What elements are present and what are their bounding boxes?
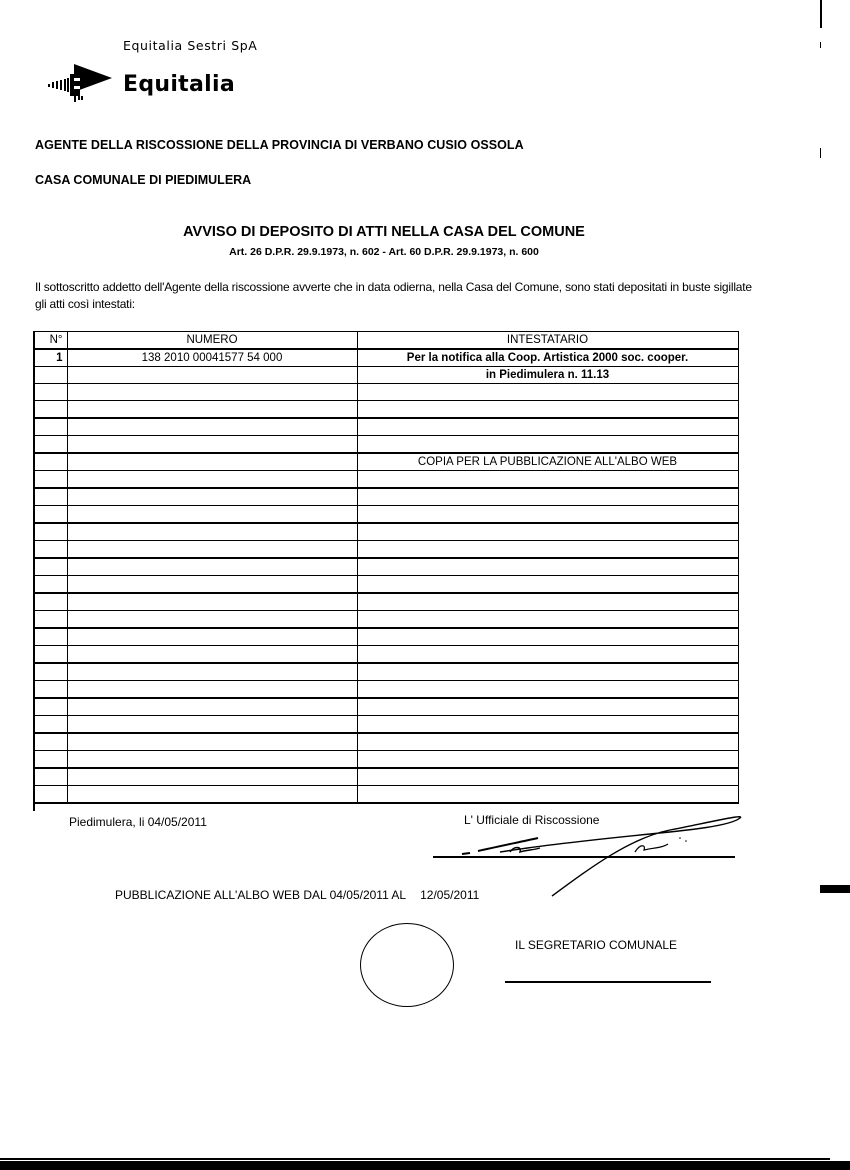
row-number xyxy=(34,401,67,419)
row-number xyxy=(34,751,67,769)
row-intestatario xyxy=(357,663,738,681)
row-numero xyxy=(67,541,357,559)
row-number xyxy=(34,646,67,664)
row-numero xyxy=(67,488,357,506)
table-row xyxy=(34,628,738,646)
row-number xyxy=(34,786,67,804)
table-row xyxy=(34,401,738,419)
row-intestatario xyxy=(357,751,738,769)
scan-edge-mark xyxy=(820,885,850,893)
row-numero xyxy=(67,576,357,594)
row-number xyxy=(34,384,67,401)
table-row xyxy=(34,786,738,804)
table-row xyxy=(34,576,738,594)
signature-icon xyxy=(430,808,760,908)
row-intestatario xyxy=(357,401,738,419)
table-row xyxy=(34,593,738,611)
row-numero xyxy=(67,628,357,646)
row-numero xyxy=(67,401,357,419)
row-numero xyxy=(67,611,357,629)
table-row xyxy=(34,436,738,454)
table-row xyxy=(34,506,738,524)
row-number xyxy=(34,558,67,576)
row-number xyxy=(34,681,67,699)
row-number xyxy=(34,453,67,471)
row-intestatario xyxy=(357,628,738,646)
row-intestatario: Per la notifica alla Coop. Artistica 200… xyxy=(357,349,738,367)
scan-edge-mark xyxy=(820,0,822,28)
row-intestatario xyxy=(357,384,738,401)
row-intestatario xyxy=(357,541,738,559)
row-numero xyxy=(67,523,357,541)
equitalia-logo-icon xyxy=(44,62,114,106)
publication-label: PUBBLICAZIONE ALL'ALBO WEB DAL 04/05/201… xyxy=(115,888,406,902)
row-numero xyxy=(67,716,357,734)
table-left-border-tail xyxy=(33,795,35,811)
row-number xyxy=(34,523,67,541)
row-number xyxy=(34,506,67,524)
legal-reference: Art. 26 D.P.R. 29.9.1973, n. 602 - Art. … xyxy=(0,246,768,258)
table-row xyxy=(34,384,738,401)
secretary-label: IL SEGRETARIO COMUNALE xyxy=(515,938,677,952)
row-numero xyxy=(67,506,357,524)
header-number: N° xyxy=(34,332,67,350)
scan-edge-mark xyxy=(820,148,821,158)
casa-comunale-heading: CASA COMUNALE DI PIEDIMULERA xyxy=(35,173,251,187)
row-number xyxy=(34,663,67,681)
table-row xyxy=(34,733,738,751)
row-numero xyxy=(67,418,357,436)
table-row xyxy=(34,751,738,769)
row-intestatario xyxy=(357,698,738,716)
row-number xyxy=(34,436,67,454)
row-number xyxy=(34,611,67,629)
agent-heading: AGENTE DELLA RISCOSSIONE DELLA PROVINCIA… xyxy=(35,138,524,152)
row-intestatario xyxy=(357,786,738,804)
row-intestatario: COPIA PER LA PUBBLICAZIONE ALL'ALBO WEB xyxy=(357,453,738,471)
secretary-signature-line xyxy=(505,981,711,983)
row-numero xyxy=(67,436,357,454)
row-intestatario xyxy=(357,558,738,576)
row-numero xyxy=(67,367,357,384)
row-number xyxy=(34,593,67,611)
table-row xyxy=(34,418,738,436)
row-intestatario xyxy=(357,576,738,594)
row-intestatario xyxy=(357,593,738,611)
document-title: AVVISO DI DEPOSITO DI ATTI NELLA CASA DE… xyxy=(0,224,768,240)
row-number xyxy=(34,488,67,506)
row-numero xyxy=(67,471,357,489)
row-number xyxy=(34,716,67,734)
scan-edge-mark xyxy=(820,42,821,48)
row-number xyxy=(34,471,67,489)
row-numero xyxy=(67,593,357,611)
table-row xyxy=(34,558,738,576)
row-intestatario xyxy=(357,733,738,751)
row-numero xyxy=(67,663,357,681)
table-row: 1138 2010 00041577 54 000Per la notifica… xyxy=(34,349,738,367)
table-row xyxy=(34,646,738,664)
company-name: Equitalia Sestri SpA xyxy=(123,38,257,53)
deposited-acts-table: N° NUMERO INTESTATARIO 1138 2010 0004157… xyxy=(33,331,735,804)
place-and-date: Piedimulera, li 04/05/2011 xyxy=(69,815,207,829)
row-intestatario xyxy=(357,768,738,786)
row-numero xyxy=(67,786,357,804)
table-row xyxy=(34,611,738,629)
row-number xyxy=(34,768,67,786)
row-numero xyxy=(67,751,357,769)
row-numero xyxy=(67,384,357,401)
row-intestatario xyxy=(357,681,738,699)
row-number: 1 xyxy=(34,349,67,367)
table-row xyxy=(34,698,738,716)
table-row xyxy=(34,681,738,699)
scan-bottom-edge xyxy=(0,1161,850,1170)
table-row: COPIA PER LA PUBBLICAZIONE ALL'ALBO WEB xyxy=(34,453,738,471)
table-header-row: N° NUMERO INTESTATARIO xyxy=(34,332,738,350)
row-intestatario: in Piedimulera n. 11.13 xyxy=(357,367,738,384)
row-number xyxy=(34,541,67,559)
table-row xyxy=(34,663,738,681)
row-intestatario xyxy=(357,611,738,629)
stamp-circle-icon xyxy=(360,923,454,1007)
row-numero xyxy=(67,698,357,716)
row-numero xyxy=(67,768,357,786)
row-number xyxy=(34,418,67,436)
scan-bottom-edge xyxy=(0,1158,830,1160)
row-numero xyxy=(67,733,357,751)
row-intestatario xyxy=(357,716,738,734)
row-number xyxy=(34,576,67,594)
row-intestatario xyxy=(357,488,738,506)
row-intestatario xyxy=(357,471,738,489)
row-number xyxy=(34,733,67,751)
row-numero xyxy=(67,681,357,699)
row-intestatario xyxy=(357,418,738,436)
row-intestatario xyxy=(357,523,738,541)
publication-period: PUBBLICAZIONE ALL'ALBO WEB DAL 04/05/201… xyxy=(115,888,479,902)
row-number xyxy=(34,698,67,716)
table-row xyxy=(34,471,738,489)
table-row xyxy=(34,716,738,734)
row-intestatario xyxy=(357,506,738,524)
row-intestatario xyxy=(357,646,738,664)
table-row xyxy=(34,523,738,541)
row-numero xyxy=(67,453,357,471)
table-row xyxy=(34,768,738,786)
header-intestatario: INTESTATARIO xyxy=(357,332,738,350)
intro-paragraph: Il sottoscritto addetto dell'Agente dell… xyxy=(35,279,755,313)
publication-end-date: 12/05/2011 xyxy=(420,888,479,902)
row-intestatario xyxy=(357,436,738,454)
table-row xyxy=(34,541,738,559)
table-row xyxy=(34,488,738,506)
row-numero xyxy=(67,646,357,664)
table-row: in Piedimulera n. 11.13 xyxy=(34,367,738,384)
row-numero xyxy=(67,558,357,576)
row-number xyxy=(34,367,67,384)
row-number xyxy=(34,628,67,646)
row-numero: 138 2010 00041577 54 000 xyxy=(67,349,357,367)
brand-name: Equitalia xyxy=(123,72,235,97)
header-numero: NUMERO xyxy=(67,332,357,350)
